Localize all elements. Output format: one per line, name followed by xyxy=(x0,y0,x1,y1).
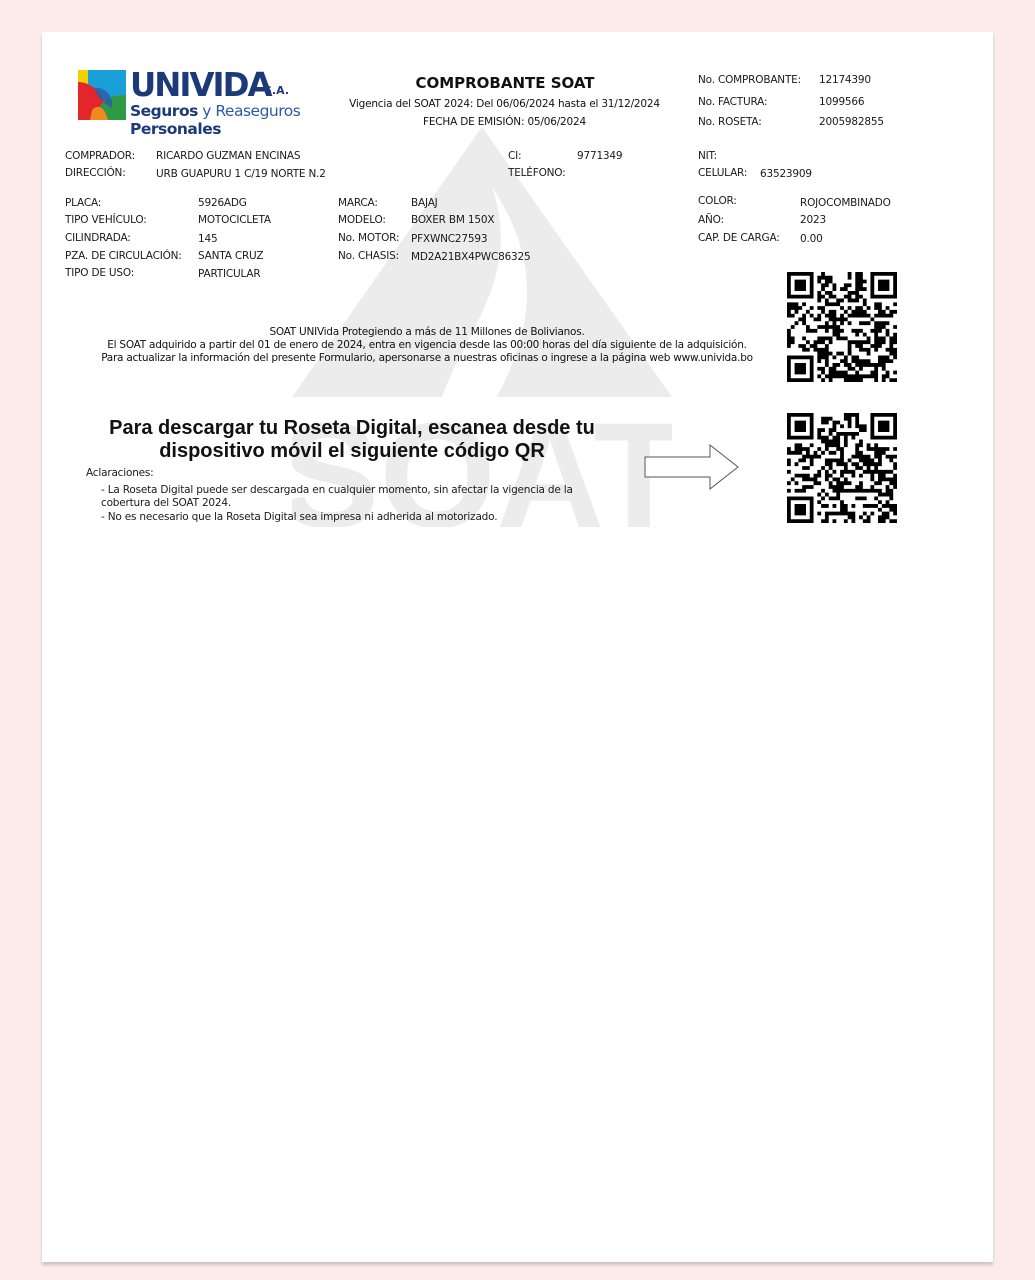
comprobante-label: No. COMPROBANTE: xyxy=(698,74,801,86)
notice-line-2: El SOAT adquirido a partir del 01 de ene… xyxy=(82,339,772,352)
roseta-label: No. ROSETA: xyxy=(698,116,762,128)
cilindrada-value: 145 xyxy=(198,233,217,245)
ci-label: CI: xyxy=(508,150,521,162)
motor-value: PFXWNC27593 xyxy=(411,233,487,245)
comprador-value: RICARDO GUZMAN ENCINAS xyxy=(156,150,300,162)
qr-code-icon xyxy=(787,413,897,523)
motor-label: No. MOTOR: xyxy=(338,232,399,244)
fecha-emision-text: FECHA DE EMISIÓN: 05/06/2024 xyxy=(332,116,677,128)
vigencia-text: Vigencia del SOAT 2024: Del 06/06/2024 h… xyxy=(332,98,677,110)
tipo-uso-value: PARTICULAR xyxy=(198,268,260,280)
comprador-label: COMPRADOR: xyxy=(65,150,135,162)
placa-value: 5926ADG xyxy=(198,197,247,209)
tipo-uso-label: TIPO DE USO: xyxy=(65,267,134,279)
nit-label: NIT: xyxy=(698,150,717,162)
comprobante-value: 12174390 xyxy=(819,74,871,86)
univida-tagline: Seguros y Reaseguros xyxy=(130,102,300,120)
univida-suffix: S.A. xyxy=(264,84,289,97)
notice-line-1: SOAT UNIVida Protegiendo a más de 11 Mil… xyxy=(82,326,772,339)
roseta-headline: Para descargar tu Roseta Digital, escane… xyxy=(82,417,622,463)
qr-code-icon xyxy=(787,272,897,382)
carga-label: CAP. DE CARGA: xyxy=(698,232,780,244)
celular-value: 63523909 xyxy=(760,168,812,180)
placa-label: PLACA: xyxy=(65,197,101,209)
aclaracion-1-line1: - La Roseta Digital puede ser descargada… xyxy=(101,484,573,496)
cilindrada-label: CILINDRADA: xyxy=(65,232,131,244)
modelo-value: BOXER BM 150X xyxy=(411,214,494,226)
marca-value: BAJAJ xyxy=(411,197,438,209)
pza-circulacion-value: SANTA CRUZ xyxy=(198,250,263,262)
celular-label: CELULAR: xyxy=(698,167,747,179)
tipo-vehiculo-value: MOTOCICLETA xyxy=(198,214,271,226)
roseta-value: 2005982855 xyxy=(819,116,884,128)
modelo-label: MODELO: xyxy=(338,214,386,226)
pza-circulacion-label: PZA. DE CIRCULACIÓN: xyxy=(65,250,182,262)
chasis-value: MD2A21BX4PWC86325 xyxy=(411,251,531,263)
telefono-label: TELÉFONO: xyxy=(508,167,566,179)
factura-value: 1099566 xyxy=(819,96,864,108)
univida-logo: UNIVIDA S.A. Seguros y Reaseguros Person… xyxy=(78,68,308,140)
carga-value: 0.00 xyxy=(800,233,823,245)
direccion-label: DIRECCIÓN: xyxy=(65,167,126,179)
notice-line-3: Para actualizar la información del prese… xyxy=(82,352,772,365)
chasis-label: No. CHASIS: xyxy=(338,250,399,262)
anio-value: 2023 xyxy=(800,214,826,226)
univida-wordmark: UNIVIDA xyxy=(130,68,271,102)
univida-logo-mark-icon xyxy=(78,70,126,120)
color-value: ROJOCOMBINADO xyxy=(800,197,891,209)
tipo-vehiculo-label: TIPO VEHÍCULO: xyxy=(65,214,147,226)
marca-label: MARCA: xyxy=(338,197,378,209)
aclaraciones-label: Aclaraciones: xyxy=(86,467,154,479)
univida-tagline-line2: Personales xyxy=(130,120,221,138)
document-title: COMPROBANTE SOAT xyxy=(355,74,655,92)
aclaracion-1-line2: cobertura del SOAT 2024. xyxy=(101,497,231,509)
direccion-value: URB GUAPURU 1 C/19 NORTE N.2 xyxy=(156,168,326,180)
arrow-right-outline-icon xyxy=(644,444,740,490)
anio-label: AÑO: xyxy=(698,214,724,226)
ci-value: 9771349 xyxy=(577,150,622,162)
aclaracion-2: - No es necesario que la Roseta Digital … xyxy=(101,511,497,523)
soat-document-page: SOAT UNIVIDA S.A. Seguros y Reaseguros P… xyxy=(42,32,993,1262)
color-label: COLOR: xyxy=(698,195,737,207)
factura-label: No. FACTURA: xyxy=(698,96,767,108)
